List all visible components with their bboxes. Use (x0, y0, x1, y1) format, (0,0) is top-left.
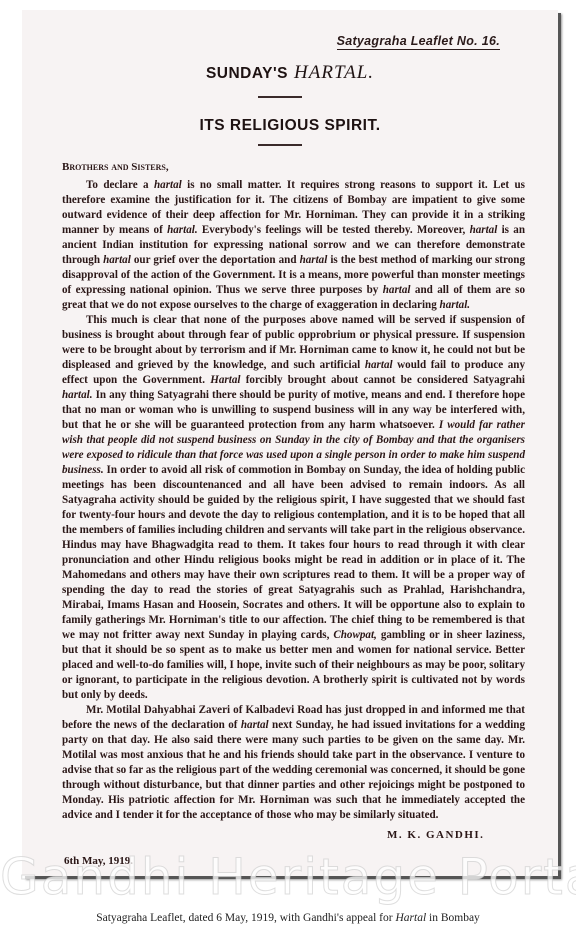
leaflet-subtitle: ITS RELIGIOUS SPIRIT. (22, 117, 558, 135)
salutation: Brothers and Sisters, (62, 161, 169, 173)
title-hartal: HARTAL. (294, 62, 374, 83)
paragraph-2: This much is clear that none of the purp… (62, 313, 525, 703)
signature: M. K. GANDHI. (387, 829, 484, 841)
leaflet-number: Satyagraha Leaflet No. 16. (337, 34, 500, 50)
paragraph-3: Mr. Motilal Dahyabhai Zaveri of Kalbadev… (62, 703, 525, 823)
leaflet-page: Satyagraha Leaflet No. 16. SUNDAY'SHARTA… (22, 10, 558, 876)
subtitle-divider (258, 144, 302, 146)
image-caption: Satyagraha Leaflet, dated 6 May, 1919, w… (0, 912, 576, 924)
leaflet-body: To declare a hartal is no small matter. … (62, 178, 525, 823)
title-prefix: SUNDAY'S (206, 65, 288, 82)
watermark: Gandhi Heritage Portal (0, 848, 576, 906)
paragraph-1: To declare a hartal is no small matter. … (62, 178, 525, 313)
title-divider (258, 96, 302, 98)
leaflet-title: SUNDAY'SHARTAL. (22, 62, 558, 84)
